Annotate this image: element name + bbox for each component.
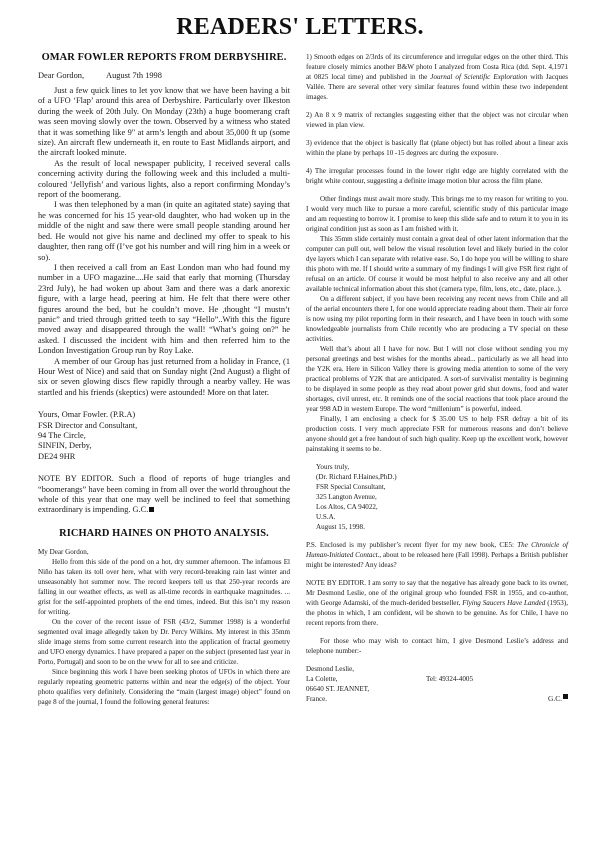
signature-line: 94 The Circle,	[38, 431, 290, 441]
signature-line: (Dr. Richard F.Haines,PhD.)	[316, 472, 568, 482]
address-line: La Colette,	[306, 674, 426, 684]
haines-editor-note: NOTE BY EDITOR. I am sorry to say that t…	[306, 578, 568, 628]
journal-title: Journal of Scientific Exploration	[430, 73, 527, 81]
fowler-heading: OMAR FOWLER REPORTS FROM DERBYSHIRE.	[38, 52, 290, 63]
signature-line: DE24 9HR	[38, 452, 290, 462]
haines-signature: Yours truly, (Dr. Richard F.Haines,PhD.)…	[306, 462, 568, 532]
address-line: Desmond Leslie,	[306, 664, 426, 674]
fowler-paragraph: I was then telephoned by a man (in quite…	[38, 200, 290, 262]
left-column: OMAR FOWLER REPORTS FROM DERBYSHIRE. Dea…	[38, 52, 290, 707]
haines-paragraph: Other findings must await more study. Th…	[306, 194, 568, 234]
haines-paragraph: On the cover of the recent issue of FSR …	[38, 617, 290, 667]
end-mark-icon	[563, 694, 568, 699]
haines-heading: RICHARD HAINES ON PHOTO ANALYSIS.	[38, 528, 290, 539]
haines-paragraph: Well that’s about all I have for now. Bu…	[306, 344, 568, 414]
signature-line: U.S.A.	[316, 512, 568, 522]
fowler-signature: Yours, Omar Fowler. (P.R.A) FSR Director…	[38, 410, 290, 462]
haines-paragraph: Hello from this side of the pond on a ho…	[38, 557, 290, 617]
end-mark-icon	[149, 507, 154, 512]
contact-telephone: Tel: 49324-4005	[426, 674, 473, 684]
feature-2: 2) An 8 x 9 matrix of rectangles suggest…	[306, 110, 568, 130]
haines-paragraph: This 35mm slide certainly must contain a…	[306, 234, 568, 294]
haines-salutation: My Dear Gordon,	[38, 547, 290, 557]
fowler-salutation: Dear Gordon,	[38, 71, 84, 80]
feature-4: 4) The irregular processes found in the …	[306, 166, 568, 186]
book-title: Flying Saucers Have Landed	[462, 599, 545, 607]
right-column: 1) Smooth edges on 2/3rds of its circumf…	[306, 52, 568, 704]
signature-line: SINFIN, Derby,	[38, 441, 290, 451]
haines-ps: P.S. Enclosed is my publisher’s recent f…	[306, 540, 568, 570]
fowler-paragraph: Just a few quick lines to let yov know t…	[38, 86, 290, 159]
signature-line: Los Altos, CA 94022,	[316, 502, 568, 512]
feature-3: 3) evidence that the object is basically…	[306, 138, 568, 158]
fowler-greeting: Dear Gordon,August 7th 1998	[38, 71, 290, 80]
signature-line: 325 Langton Avenue,	[316, 492, 568, 502]
signature-line: FSR Special Consultant,	[316, 482, 568, 492]
fowler-date: August 7th 1998	[106, 71, 162, 80]
editor-signoff: G.C.	[548, 694, 568, 704]
fowler-editor-note: NOTE BY EDITOR. Such a flood of reports …	[38, 474, 290, 516]
signature-line: August 15, 1998.	[316, 522, 568, 532]
address-line: 06640 ST. JEANNET,	[306, 684, 426, 694]
signature-line: Yours, Omar Fowler. (P.R.A)	[38, 410, 290, 420]
contact-address: Desmond Leslie, La Colette,Tel: 49324-40…	[306, 664, 568, 704]
fowler-paragraph: A member of our Group has just returned …	[38, 357, 290, 399]
signoff-text: G.C.	[548, 694, 562, 704]
contact-intro: For those who may wish to contact him, I…	[306, 636, 568, 656]
fowler-paragraph: I then received a call from an East Lond…	[38, 263, 290, 357]
page-title: READERS' LETTERS.	[0, 14, 600, 41]
editor-note-text: NOTE BY EDITOR. Such a flood of reports …	[38, 474, 290, 514]
fowler-paragraph: As the result of local newspaper publici…	[38, 159, 290, 201]
haines-paragraph: On a different subject, if you have been…	[306, 294, 568, 344]
haines-paragraph: Finally, I am enclosing a check for $ 35…	[306, 414, 568, 454]
haines-paragraph: Since beginning this work I have been se…	[38, 667, 290, 707]
ps-text: P.S. Enclosed is my publisher’s recent f…	[306, 541, 517, 549]
signature-line: FSR Director and Consultant,	[38, 421, 290, 431]
signature-line: Yours truly,	[316, 462, 568, 472]
address-line: France.	[306, 694, 426, 704]
feature-1: 1) Smooth edges on 2/3rds of its circumf…	[306, 52, 568, 102]
